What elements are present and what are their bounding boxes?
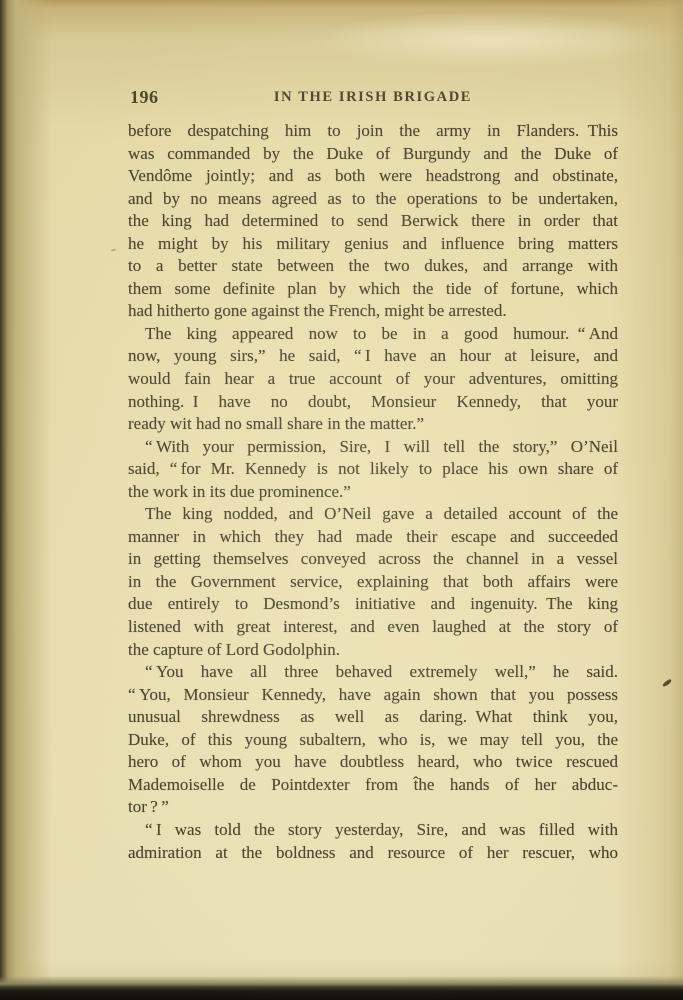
text-line: in getting themselves conveyed across th… xyxy=(128,548,618,571)
text-line: Mademoiselle de Pointdexter from t̂he ha… xyxy=(128,774,618,797)
text-line: in the Government service, explaining th… xyxy=(128,571,618,594)
text-line: “ You, Monsieur Kennedy, have again show… xyxy=(128,684,618,707)
text-line: said, “ for Mr. Kennedy is not likely to… xyxy=(128,458,618,481)
text-line: ready wit had no small share in the matt… xyxy=(128,413,618,436)
text-line: was commanded by the Duke of Burgundy an… xyxy=(128,143,618,166)
text-line: The king appeared now to be in a good hu… xyxy=(128,323,618,346)
text-line: he might by his military genius and infl… xyxy=(128,233,618,256)
text-line: “ With your permission, Sire, I will tel… xyxy=(128,436,618,459)
text-line: listened with great interest, and even l… xyxy=(128,616,618,639)
text-line: “ I was told the story yesterday, Sire, … xyxy=(128,819,618,842)
text-line: the capture of Lord Godolphin. xyxy=(128,639,618,662)
text-line: now, young sirs,” he said, “ I have an h… xyxy=(128,345,618,368)
text-line: the work in its due prominence.” xyxy=(128,481,618,504)
text-line: had hitherto gone against the French, mi… xyxy=(128,300,618,323)
text-line: tor ? ” xyxy=(128,796,618,819)
text-line: “ You have all three behaved extremely w… xyxy=(128,661,618,684)
page: 196 IN THE IRISH BRIGADE before despatch… xyxy=(0,0,683,1000)
body-text: before despatching him to join the army … xyxy=(128,120,618,864)
text-line: them some definite plan by which the tid… xyxy=(128,278,618,301)
running-head: IN THE IRISH BRIGADE xyxy=(128,89,618,106)
ink-speck xyxy=(111,249,116,252)
text-line: would fain hear a true account of your a… xyxy=(128,368,618,391)
text-line: before despatching him to join the army … xyxy=(128,120,618,143)
text-line: Vendôme jointly; and as both were headst… xyxy=(128,165,618,188)
text-line: the king had determined to send Berwick … xyxy=(128,210,618,233)
text-line: and by no means agreed as to the operati… xyxy=(128,188,618,211)
text-line: hero of whom you have doubtless heard, w… xyxy=(128,751,618,774)
page-header: 196 IN THE IRISH BRIGADE xyxy=(128,87,618,109)
text-line: due entirely to Desmond’s initiative and… xyxy=(128,593,618,616)
text-line: admiration at the boldness and resource … xyxy=(128,842,618,865)
text-line: manner in which they had made their esca… xyxy=(128,526,618,549)
text-line: to a better state between the two dukes,… xyxy=(128,255,618,278)
text-line: nothing. I have no doubt, Monsieur Kenne… xyxy=(128,391,618,414)
text-line: The king nodded, and O’Neil gave a detai… xyxy=(128,503,618,526)
text-line: Duke, of this young subaltern, who is, w… xyxy=(128,729,618,752)
text-line: unusual shrewdness as well as daring. Wh… xyxy=(128,706,618,729)
ink-speck xyxy=(662,679,673,688)
